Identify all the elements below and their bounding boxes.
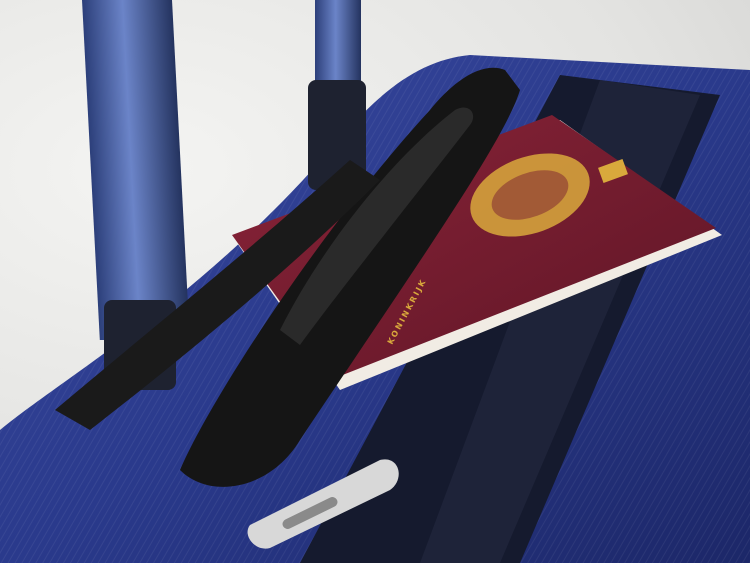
photo-scene: PASPOORT KONINKRIJK — [0, 0, 750, 563]
photo-illustration: PASPOORT KONINKRIJK — [0, 0, 750, 563]
